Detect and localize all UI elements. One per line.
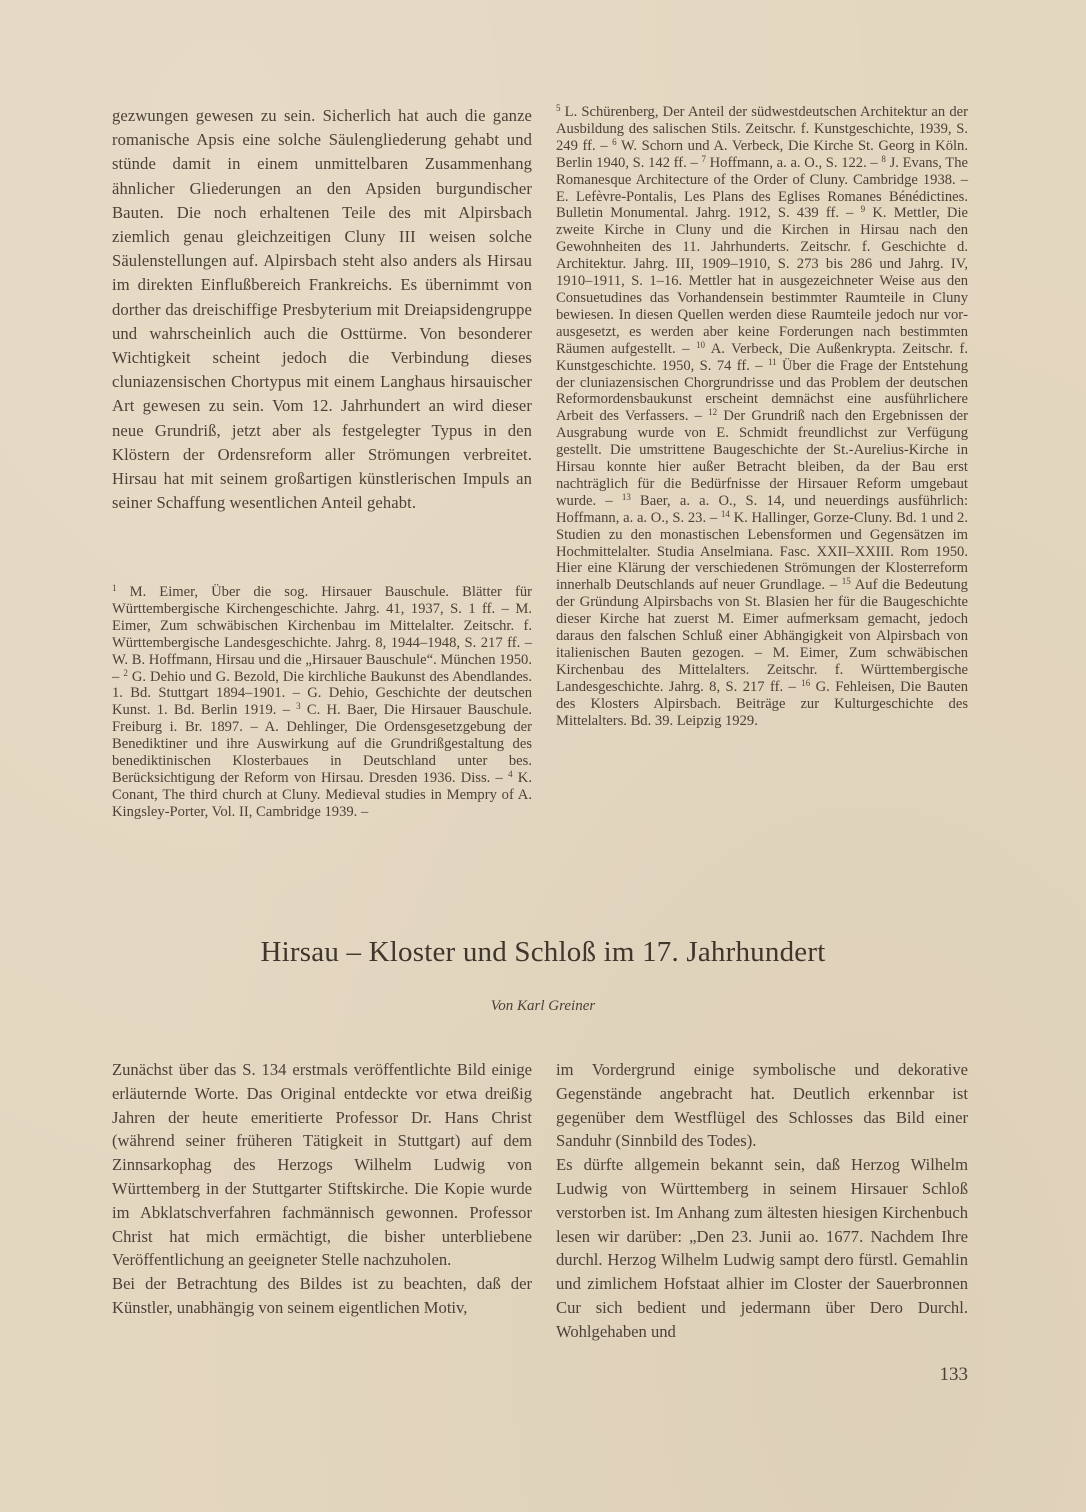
footnote-block: 1 M. Eimer, Über die sog. Hirsauer Bausc… (112, 584, 532, 821)
footnote-text: Hoffmann, a. a. O., S. 122. – (706, 155, 881, 171)
article-byline: Von Karl Greiner (0, 998, 1086, 1015)
footnote-number: 14 (721, 509, 730, 519)
upper-article-body: gezwungen gewesen zu sein. Sicherlich ha… (112, 104, 532, 515)
body-paragraph: im Vordergrund einige symbolische und de… (556, 1058, 968, 1153)
footnote-number: 13 (622, 492, 631, 502)
body-paragraph: Zunächst über das S. 134 erstmals veröff… (112, 1058, 532, 1272)
footnote-number: 16 (801, 678, 810, 688)
footnote-text: K. Mett­ler, Die zweite Kirche in Cluny … (556, 205, 968, 356)
footnotes-right-column: 5 L. Schürenberg, Der Anteil der südwest… (556, 104, 968, 730)
body-paragraph: Es dürfte allgemein bekannt sein, daß He… (556, 1153, 968, 1343)
footnote-block: 5 L. Schürenberg, Der Anteil der südwest… (556, 104, 968, 730)
footnote-number: 15 (842, 576, 851, 586)
article-body-left-column: Zunächst über das S. 134 erstmals veröff… (112, 1058, 532, 1320)
footnote-number: 10 (696, 340, 705, 350)
book-page: gezwungen gewesen zu sein. Sicherlich ha… (0, 0, 1086, 1512)
footnote-text: Auf die Bedeutung der Gründung Alpirsbac… (556, 577, 968, 694)
body-paragraph: gezwungen gewesen zu sein. Sicherlich ha… (112, 104, 532, 515)
footnote-number: 12 (708, 407, 717, 417)
page-number: 133 (900, 1364, 968, 1386)
article-title: Hirsau – Kloster und Schloß im 17. Jahrh… (0, 936, 1086, 969)
body-paragraph: Bei der Betrachtung des Bildes ist zu be… (112, 1272, 532, 1320)
footnotes-left-column: 1 M. Eimer, Über die sog. Hirsauer Bausc… (112, 584, 532, 821)
article-body-right-column: im Vordergrund einige symbolische und de… (556, 1058, 968, 1344)
footnote-number: 11 (768, 357, 777, 367)
